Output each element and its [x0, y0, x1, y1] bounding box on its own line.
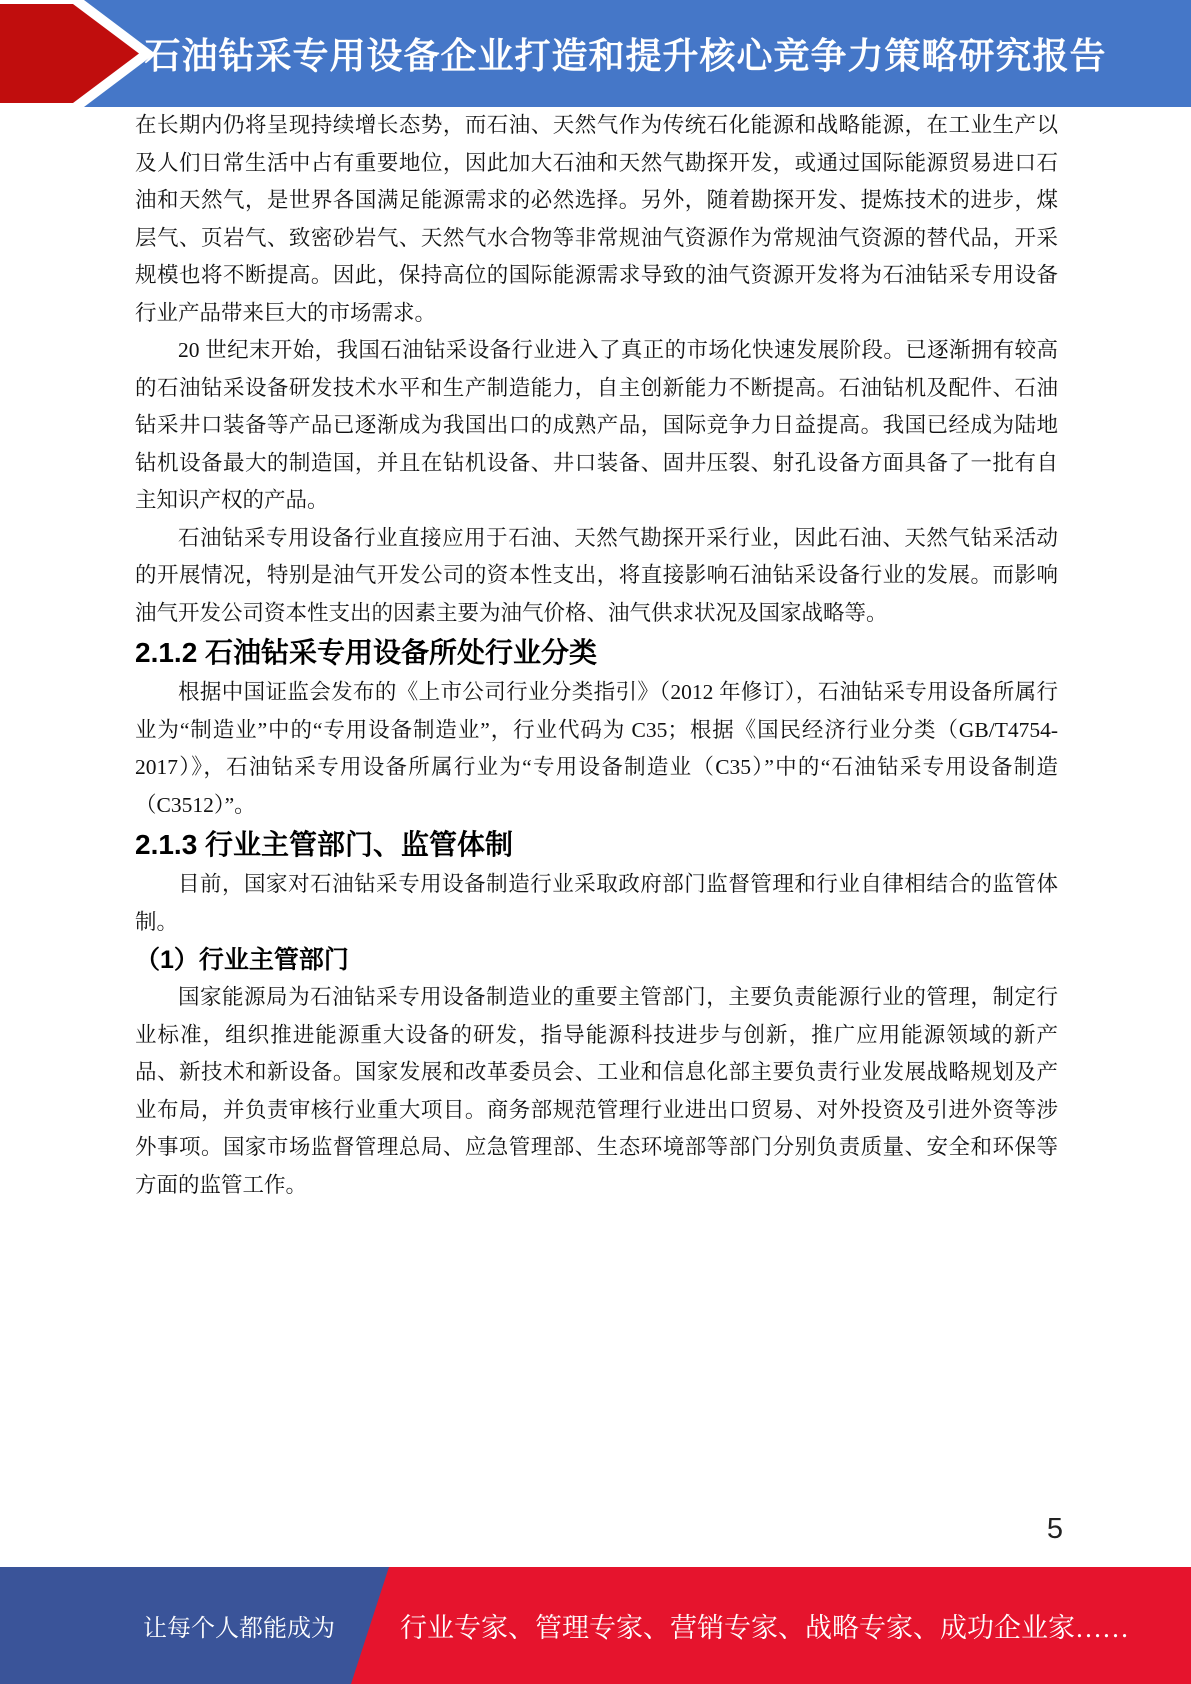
paragraph: 国家能源局为石油钻采专用设备制造业的重要主管部门，主要负责能源行业的管理，制定行… [135, 979, 1058, 1204]
paragraph: 在长期内仍将呈现持续增长态势，而石油、天然气作为传统石化能源和战略能源，在工业生… [135, 107, 1058, 332]
section-heading-212: 2.1.2 石油钻采专用设备所处行业分类 [135, 632, 1058, 674]
paragraph: 目前，国家对石油钻采专用设备制造行业采取政府部门监督管理和行业自律相结合的监管体… [135, 866, 1058, 941]
paragraph: 20 世纪末开始，我国石油钻采设备行业进入了真正的市场化快速发展阶段。已逐渐拥有… [135, 332, 1058, 520]
footer-band: 让每个人都能成为 行业专家、管理专家、营销专家、战略专家、成功企业家…… [0, 1567, 1191, 1684]
header-banner: 石油钻采专用设备企业打造和提升核心竞争力策略研究报告 [0, 0, 1191, 107]
paragraph: 根据中国证监会发布的《上市公司行业分类指引》（2012 年修订），石油钻采专用设… [135, 674, 1058, 824]
document-page: 石油钻采专用设备企业打造和提升核心竞争力策略研究报告 在长期内仍将呈现持续增长态… [0, 0, 1191, 1684]
paragraph: 石油钻采专用设备行业直接应用于石油、天然气勘探开采行业，因此石油、天然气钻采活动… [135, 520, 1058, 633]
section-heading-213: 2.1.3 行业主管部门、监管体制 [135, 824, 1058, 866]
footer-slogan-left: 让每个人都能成为 [143, 1567, 335, 1684]
footer-slogan-right: 行业专家、管理专家、营销专家、战略专家、成功企业家…… [400, 1567, 1129, 1684]
report-title: 石油钻采专用设备企业打造和提升核心竞争力策略研究报告 [170, 0, 1081, 107]
page-number: 5 [1030, 1512, 1080, 1546]
subsection-heading-1: （1）行业主管部门 [135, 941, 1058, 979]
document-body: 在长期内仍将呈现持续增长态势，而石油、天然气作为传统石化能源和战略能源，在工业生… [135, 107, 1058, 1204]
